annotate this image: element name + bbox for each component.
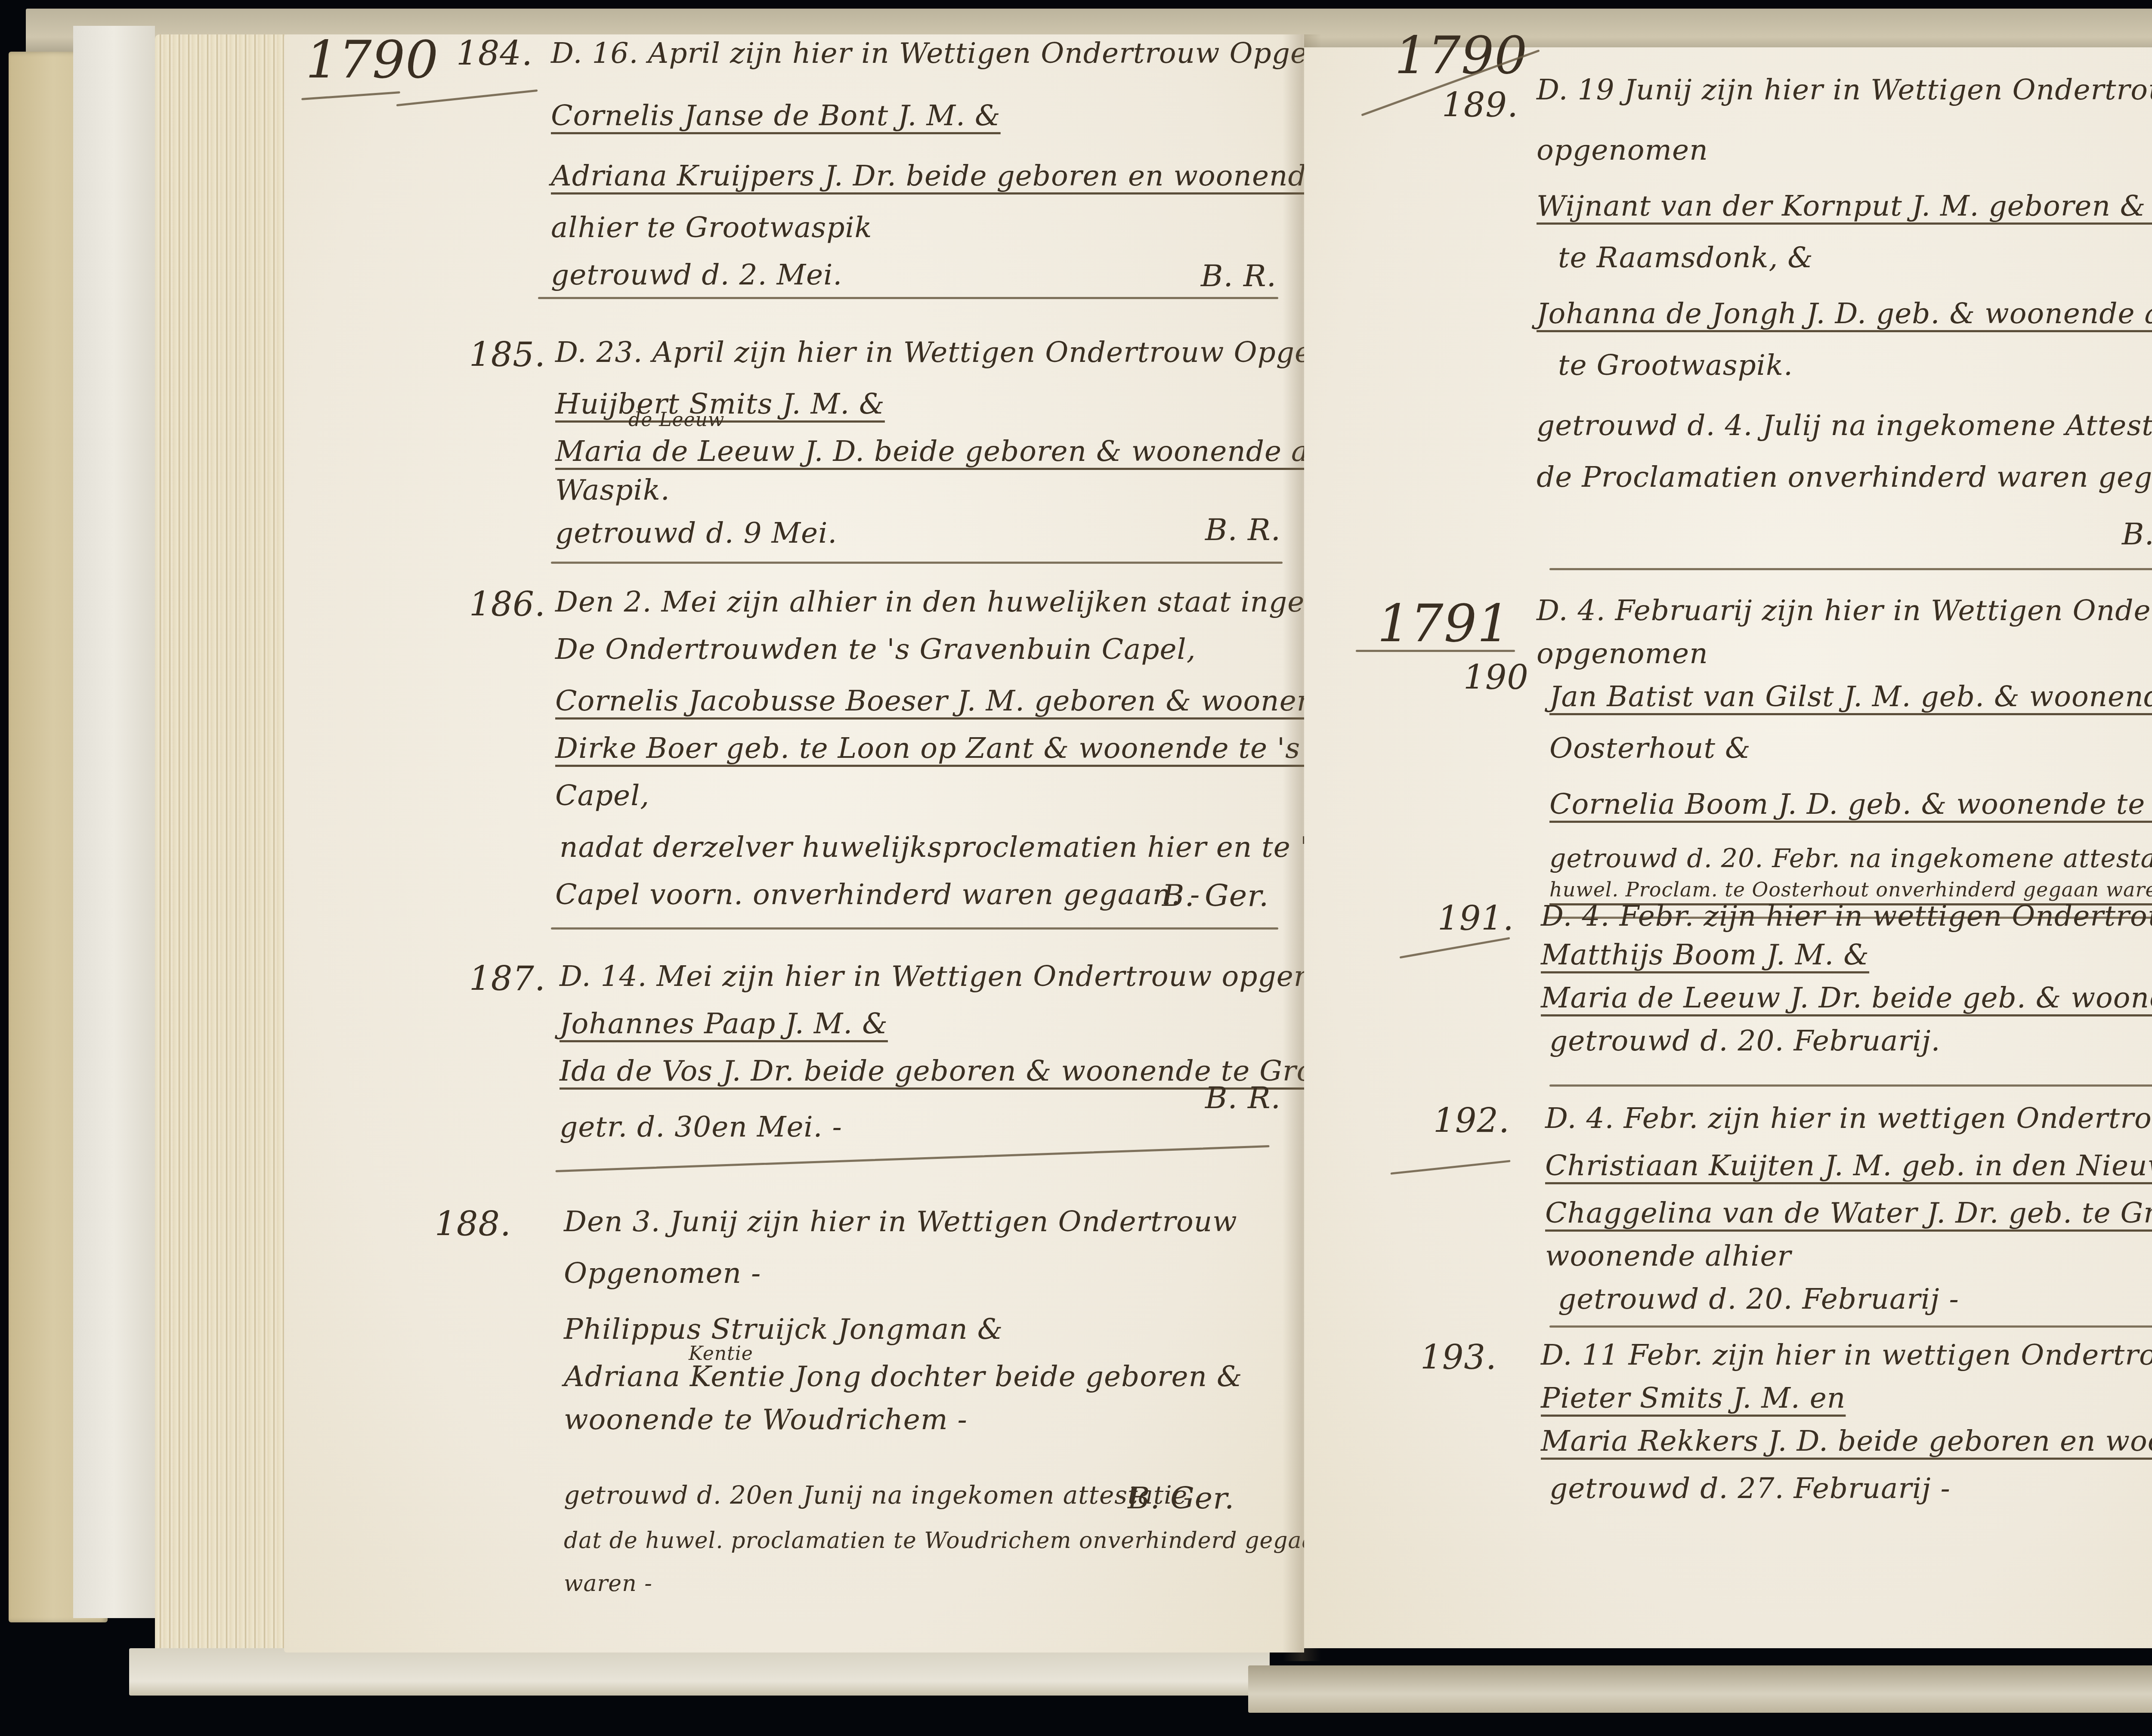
right-page-year-1791: 1791 (1377, 594, 1510, 654)
entry-line: De Ondertrouwden te 's Gravenbuin Capel, (555, 633, 1196, 666)
bride-line: Adriana Kruijpers J. Dr. beide geboren e… (551, 159, 1324, 192)
page-block-left-edges (155, 34, 297, 1661)
entry-line: Capel, (555, 779, 649, 812)
cover-paste-down (73, 26, 155, 1618)
entry-number: 185. (469, 336, 546, 374)
entry-line: Opgenomen - (564, 1257, 761, 1290)
entry-line: de Proclamatien onverhinderd waren gegaa… (1537, 460, 2152, 494)
signature: B. Ger. (1128, 1480, 1234, 1516)
bride-line: Cornelia Boom J. D. geb. & woonende te G… (1549, 788, 2152, 821)
entry-line: Capel voorn. onverhinderd waren gegaan. … (555, 878, 1200, 911)
vellum-cover-bottom-left (129, 1648, 1270, 1696)
entry-line: huwel. Proclam. te Oosterhout onverhinde… (1549, 878, 2152, 901)
entry-line: te Raamsdonk, & (1558, 241, 1813, 274)
groom-line: Jan Batist van Gilst J. M. geb. & woonen… (1549, 680, 2152, 713)
signature: B. R. (1205, 1080, 1281, 1115)
bride-line: Chaggelina van de Water J. Dr. geb. te G… (1545, 1196, 2152, 1229)
entry-line: D. 19 Junij zijn hier in Wettigen Ondert… (1537, 73, 2152, 106)
groom-line: Johannes Paap J. M. & (560, 1007, 888, 1040)
entry-number: 189. (1442, 86, 1518, 125)
entry-line: D. 4. Februarij zijn hier in Wettigen On… (1537, 594, 2152, 627)
entry-divider (538, 297, 1278, 299)
entry-line: opgenomen (1537, 637, 1708, 670)
year-underline (1356, 650, 1515, 652)
groom-line: Christiaan Kuijten J. M. geb. in den Nie… (1545, 1149, 2152, 1182)
groom-line: Matthijs Boom J. M. & (1541, 938, 1869, 971)
entry-divider (551, 927, 1278, 930)
entry-divider (1549, 1084, 2152, 1087)
bride-line: Maria de Leeuw J. Dr. beide geb. & woone… (1541, 981, 2152, 1014)
entry-line: te Grootwaspik. (1558, 349, 1793, 382)
groom-line: Cornelis Janse de Bont J. M. & (551, 99, 1001, 132)
entry-line: D. 4. Febr. zijn hier in wettigen Ondert… (1541, 899, 2152, 933)
signature: B. R. (1201, 258, 1277, 293)
entry-line: Waspik. (555, 473, 670, 507)
entry-number: 193. (1420, 1338, 1497, 1377)
right-page-year-top: 1790 (1394, 26, 1527, 86)
marriage-date: getrouwd d. 9 Mei. (555, 516, 837, 550)
marriage-date: getrouwd d. 27. Februarij - (1549, 1472, 1951, 1505)
vellum-cover-bottom-right (1248, 1665, 2152, 1713)
entry-line: dat de huwel. proclamatien te Woudrichem… (564, 1528, 1330, 1554)
bride-line: Maria Rekkers J. D. beide geboren en woo… (1541, 1424, 2152, 1458)
marriage-date: getr. d. 30en Mei. - (560, 1110, 842, 1143)
entry-line: D. 16. April zijn hier in Wettigen Onder… (551, 37, 1407, 70)
interlinear-correction: de Leeuw (628, 409, 725, 431)
marriage-date: getrouwd d. 20. Febr. na ingekomene atte… (1549, 843, 2152, 874)
entry-divider (1549, 1325, 2152, 1328)
entry-number: 186. (469, 585, 546, 624)
left-page-year: 1790 (306, 30, 439, 90)
marriage-date: getrouwd d. 2. Mei. (551, 258, 842, 291)
entry-line: Oosterhout & (1549, 732, 1751, 765)
entry-number: 190 (1463, 658, 1529, 697)
marriage-date: getrouwd d. 20. Februarij. (1549, 1024, 1941, 1057)
signature: B. Ger. (1162, 878, 1269, 913)
groom-line: Wijnant van der Kornput J. M. geboren & … (1537, 189, 2152, 222)
entry-number: 191. (1438, 899, 1514, 938)
entry-divider (551, 562, 1283, 564)
entry-line: woonende te Woudrichem - (564, 1403, 968, 1436)
marriage-date: getrouwd d. 20. Februarij - (1558, 1282, 1959, 1316)
entry-line: D. 14. Mei zijn hier in Wettigen Ondertr… (560, 960, 1393, 993)
entry-number: 188. (435, 1205, 511, 1244)
entry-line: opgenomen (1537, 133, 1708, 167)
entry-line: Den 3. Junij zijn hier in Wettigen Onder… (564, 1205, 1237, 1238)
signature: B. R. (1205, 512, 1281, 547)
bride-line: Johanna de Jongh J. D. geb. & woonende a… (1537, 297, 2152, 330)
entry-line: D. 4. Febr. zijn hier in wettigen Ondert… (1545, 1102, 2152, 1135)
entry-line: D. 11 Febr. zijn hier in wettigen Ondert… (1541, 1338, 2152, 1372)
bride-line: Adriana Kentie Jong dochter beide gebore… (564, 1360, 1243, 1393)
groom-line: Philippus Struijck Jongman & (564, 1313, 1003, 1346)
groom-line: Pieter Smits J. M. en (1541, 1381, 1846, 1415)
entry-number: 192. (1433, 1102, 1510, 1140)
entry-line: alhier te Grootwaspik (551, 211, 872, 244)
marriage-date: getrouwd d. 4. Julij na ingekomene Attes… (1537, 409, 2152, 442)
signature: B. R. (2122, 516, 2152, 552)
entry-number: 184. (456, 34, 533, 73)
entry-number: 187. (469, 960, 546, 998)
marriage-date: getrouwd d. 20en Junij na ingekomen atte… (564, 1480, 1187, 1510)
entry-line: waren - (564, 1571, 652, 1597)
entry-line: woonende alhier (1545, 1239, 1791, 1273)
entry-divider (1549, 568, 2152, 570)
